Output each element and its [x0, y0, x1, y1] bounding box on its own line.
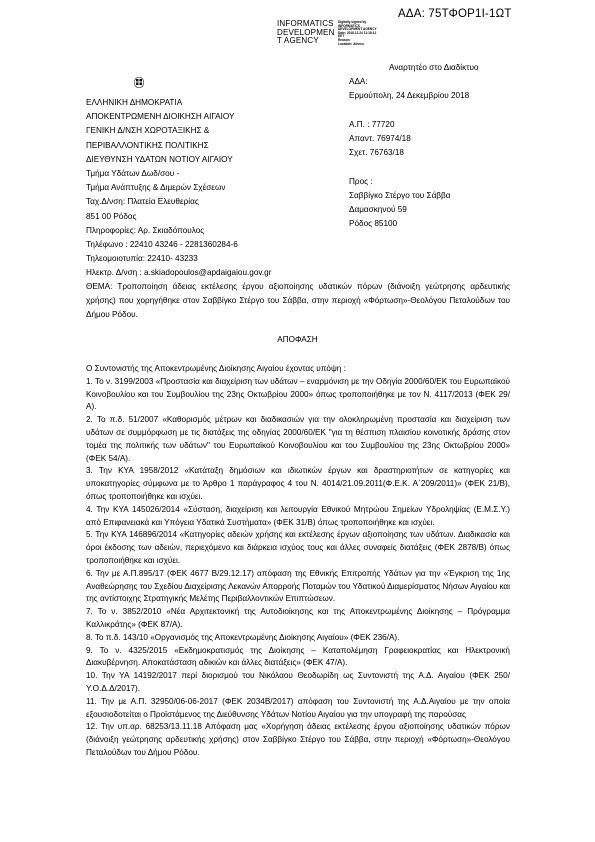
- ada-label: ΑΔΑ:: [349, 75, 479, 89]
- department: Τμήμα Υδάτων Δωδ/σου -: [86, 167, 271, 181]
- contact-person: Πληροφορίες: Αρ. Σκιαδόπουλος: [86, 224, 271, 238]
- directorate: ΔΙΕΥΘΥΝΣΗ ΥΔΑΤΩΝ ΝΟΤΙΟΥ ΑΙΓΑΙΟΥ: [86, 153, 271, 167]
- legal-basis-item: 2. Το π.δ. 51/2007 «Καθορισμός μέτρων κα…: [86, 414, 510, 465]
- legal-basis-item: 7. Το ν. 3852/2010 «Νέα Αρχιτεκτονική τη…: [86, 606, 510, 632]
- country-name: ΕΛΛΗΝΙΚΗ ΔΗΜΟΚΡΑΤΙΑ: [86, 96, 271, 110]
- decision-title: ΑΠΟΦΑΣΗ: [0, 335, 595, 344]
- postal-code: 851 00 Ρόδος: [86, 210, 271, 224]
- legal-basis-item: 12. Την υπ.αρ. 68253/13.11.18 Απόφαση μα…: [86, 721, 510, 759]
- subject: ΘΕΜΑ: Τροποποίηση άδειας εκτέλεσης έργου…: [86, 280, 510, 323]
- fax: Τηλεομοιοτυπία: 22410- 43233: [86, 252, 271, 266]
- sender-block: ΕΛΛΗΝΙΚΗ ΔΗΜΟΚΡΑΤΙΑ ΑΠΟΚΕΝΤΡΩΜΕΝΗ ΔΙΟΙΚΗ…: [86, 96, 271, 281]
- decision-body: Ο Συντονιστής της Αποκεντρωμένης Διοίκησ…: [86, 363, 510, 760]
- signature-line: Location: Athens: [338, 43, 377, 47]
- legal-basis-item: 6. Την με Α.Π.895/17 (ΦΕΚ 4677 Β/29.12.1…: [86, 568, 510, 606]
- email: Ηλεκτρ. Δ/νση : a.skiadopoulos@apdaigaio…: [86, 266, 271, 280]
- legal-basis-item: 3. Την ΚΥΑ 1958/2012 «Κατάταξη δημόσιων …: [86, 465, 510, 503]
- authority-name: ΑΠΟΚΕΝΤΡΩΜΕΝΗ ΔΙΟΙΚΗΣΗ ΑΙΓΑΙΟΥ: [86, 110, 271, 124]
- recipient-city: Ρόδος 85100: [349, 217, 479, 231]
- general-directorate-cont: ΠΕΡΙΒΑΛΛΟΝΤΙΚΗΣ ΠΟΛΙΤΙΚΗΣ: [86, 139, 271, 153]
- digital-signature-block: Digitally signed by INFORMATICS DEVELOPM…: [338, 21, 377, 46]
- related-number: Σχετ. 76763/18: [349, 146, 479, 160]
- department-cont: Τμήμα Ανάπτυξης & Διμερών Σχέσεων: [86, 181, 271, 195]
- recipient-name: Σαββίγκο Στέργο του Σάββα: [349, 189, 479, 203]
- place-date: Ερμούπολη, 24 Δεκεμβρίου 2018: [349, 89, 479, 103]
- legal-basis-item: 1. Το ν. 3199/2003 «Προστασία και διαχεί…: [86, 376, 510, 414]
- postal-address: Ταχ.Δ/νση: Πλατεία Ελευθερίας: [86, 195, 271, 209]
- recipient-label: Προς :: [349, 175, 479, 189]
- general-directorate: ΓΕΝΙΚΗ Δ/ΝΣΗ ΧΩΡΟΤΑΞΙΚΗΣ &: [86, 124, 271, 138]
- reply-number: Απαντ. 76974/18: [349, 132, 479, 146]
- legal-basis-item: 11. Την με Α.Π. 32950/06-06-2017 (ΦΕΚ 20…: [86, 696, 510, 722]
- legal-basis-item: 5. Την ΚΥΑ 146896/2014 «Κατηγορίες αδειώ…: [86, 529, 510, 567]
- phone: Τηλέφωνο : 22410 43246 - 2281360284-6: [86, 238, 271, 252]
- ida-logo-line: T AGENCY: [277, 37, 335, 46]
- protocol-number: Α.Π. : 77720: [349, 118, 479, 132]
- ida-logo: INFORMATICS DEVELOPMEN T AGENCY: [277, 20, 335, 46]
- posted-online-note: Αναρτητέο στο Διαδίκτυο: [349, 61, 479, 75]
- legal-basis-item: 9. Το ν. 4325/2015 «Εκδημοκρατισμός της …: [86, 645, 510, 671]
- intro-text: Ο Συντονιστής της Αποκεντρωμένης Διοίκησ…: [86, 363, 510, 376]
- legal-basis-item: 4. Την ΚΥΑ 145026/2014 «Σύσταση, διαχείρ…: [86, 504, 510, 530]
- document-meta: Αναρτητέο στο Διαδίκτυο ΑΔΑ: Ερμούπολη, …: [349, 61, 479, 231]
- ada-code: ΑΔΑ: 75ΤΦΟΡ1Ι-1ΩΤ: [398, 8, 512, 20]
- greek-emblem-icon: [134, 77, 144, 88]
- legal-basis-item: 8. Το π.δ. 143/10 «Οργανισμός της Αποκεν…: [86, 632, 510, 645]
- recipient-address: Δαμασκηνού 59: [349, 203, 479, 217]
- legal-basis-item: 10. Την ΥΑ 14192/2017 περί διορισμού του…: [86, 670, 510, 696]
